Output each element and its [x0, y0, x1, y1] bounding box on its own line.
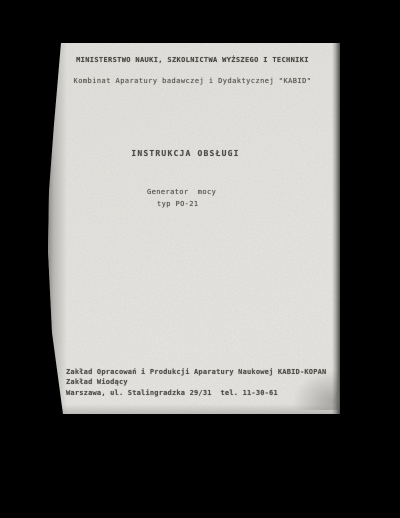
device-type-line: typ PO-21 [157, 200, 199, 208]
device-name-line: Generator mocy [147, 188, 216, 196]
page-right-edge-shadow [332, 43, 340, 414]
document-page: MINISTERSTWO NAUKI, SZKOLNICTWA WYŻSZEGO… [45, 43, 340, 414]
footer-address-line: Warszawa, ul. Stalingradzka 29/31 tel. 1… [66, 389, 278, 397]
scan-corner-smudge [292, 370, 338, 410]
paper-grain-texture [45, 43, 340, 414]
document-title: INSTRUKCJA OBSŁUGI [38, 149, 333, 158]
scanned-document: MINISTERSTWO NAUKI, SZKOLNICTWA WYŻSZEGO… [0, 0, 400, 518]
organization-header-line: Kombinat Aparatury badawczej i Dydaktycz… [45, 77, 340, 85]
footer-publisher-line: Zakład Opracowań i Produkcji Aparatury N… [66, 368, 326, 376]
ministry-header-line: MINISTERSTWO NAUKI, SZKOLNICTWA WYŻSZEGO… [45, 56, 340, 64]
page-left-edge-shadow [45, 43, 67, 414]
footer-department-line: Zakład Wiodący [66, 378, 128, 386]
